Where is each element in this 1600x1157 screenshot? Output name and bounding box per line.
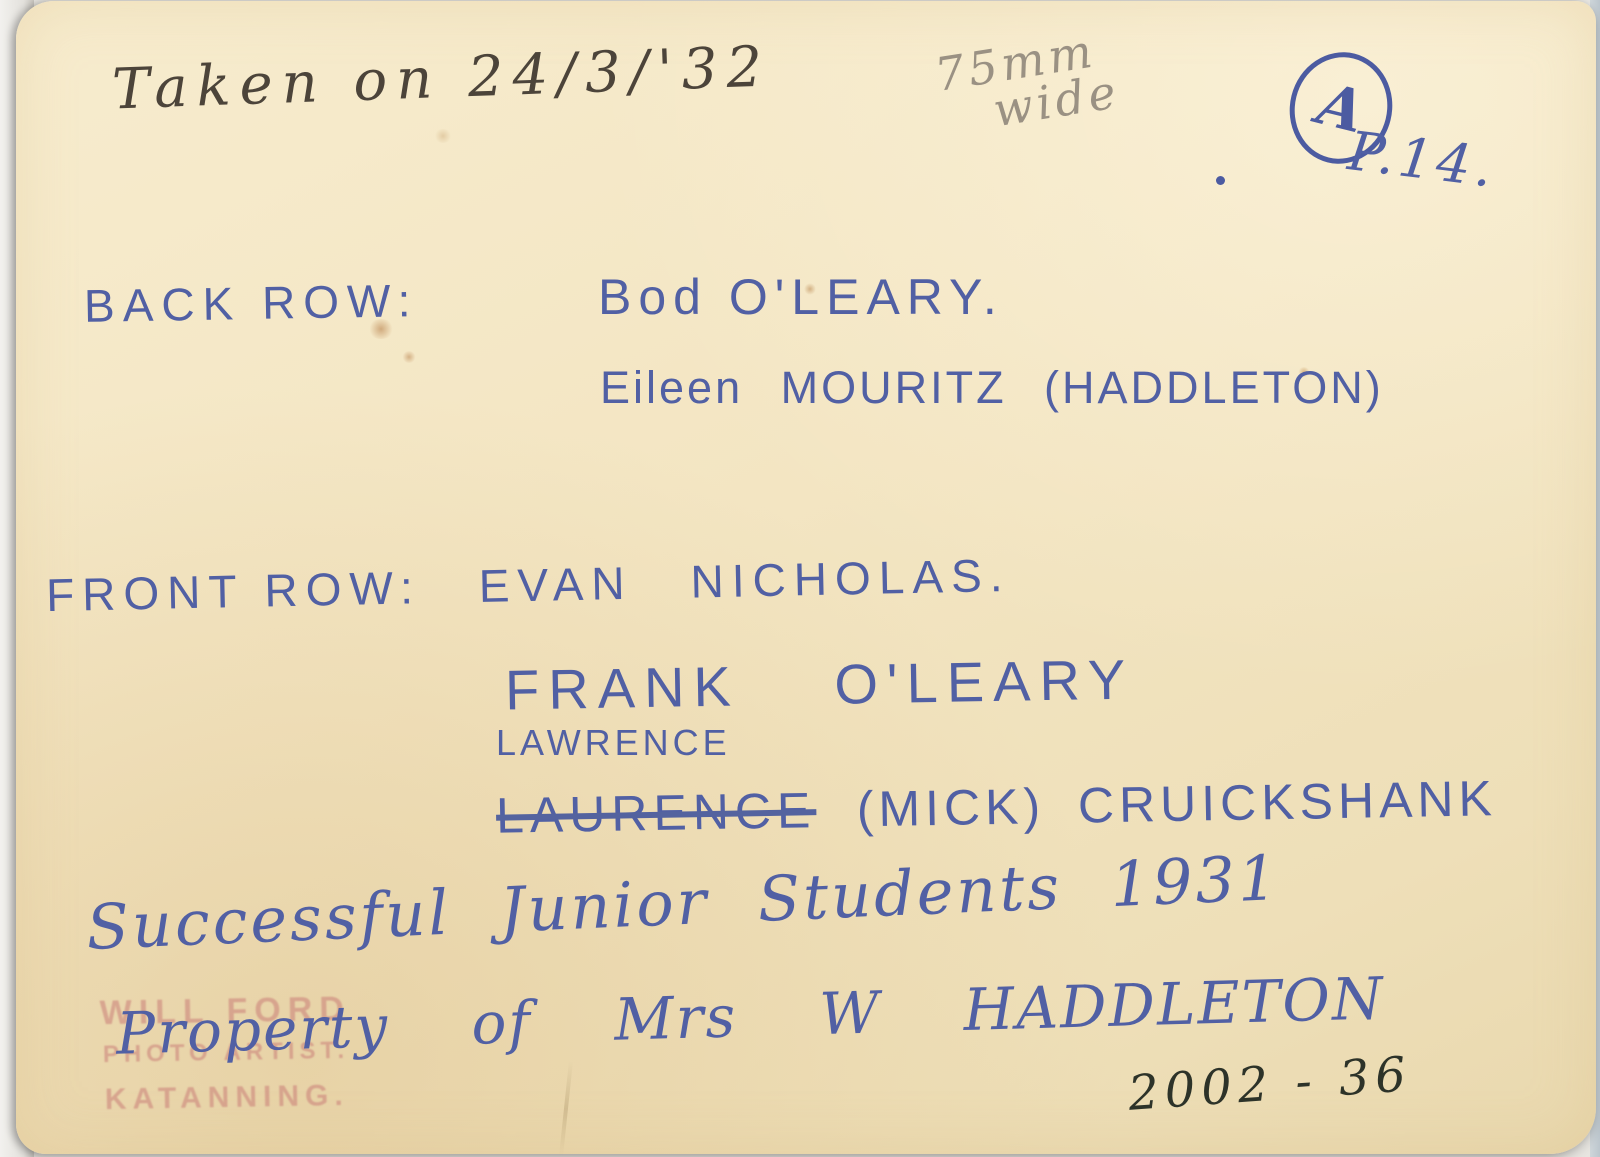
stain-spot — [434, 129, 452, 143]
ink-dot — [1216, 176, 1225, 185]
front-row-name-2: FRANK O'LEARY — [504, 647, 1134, 723]
front-row-name-1-first: EVAN — [478, 556, 633, 613]
back-row-label: BACK ROW: — [84, 273, 419, 333]
front-row-name-3-rest: (MICK) CRUICKSHANK — [856, 770, 1497, 837]
back-row-name-2: Eileen MOURITZ (HADDLETON) — [600, 362, 1384, 414]
stain-spot — [402, 351, 416, 363]
front-row-name-1-last: NICHOLAS. — [690, 548, 1011, 609]
paper-crease — [559, 1061, 573, 1156]
front-row-label: FRONT ROW: — [46, 560, 422, 622]
front-row-name-3-crossed-out: LAURENCE — [496, 782, 817, 844]
photographer-stamp-town: KATANNING. — [57, 1078, 398, 1118]
front-row-name-3-correction: LAWRENCE — [496, 722, 731, 764]
back-row-name-1: Bod O'LEARY. — [598, 268, 1004, 326]
